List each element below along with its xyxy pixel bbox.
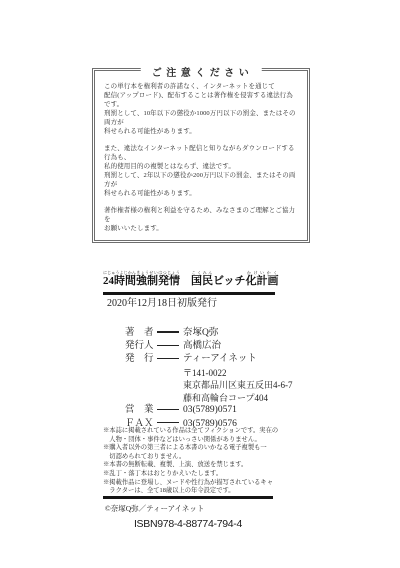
edition-line: 2020年12月18日初版発行 [107,298,275,310]
isbn-number: ISBN978-4-88774-794-4 [103,518,273,530]
address-line: 東京都品川区東五反田4-6-7 [183,379,293,392]
title-divider [103,292,275,295]
row-value: 03(5789)0571 [183,405,237,415]
caution-paragraph: この単行本を権利者の許諾なく、インターネットを通じて 配信(アップロード)、配布… [104,83,298,137]
colophon-page: ご注意ください この単行本を権利者の許諾なく、インターネットを通じて 配信(アッ… [0,0,400,568]
row-value: 高橋広治 [183,341,221,351]
row-label: 著 者 [125,327,155,340]
row-value: ティーアイネット [183,354,257,364]
row-label: 営 業 [125,404,155,417]
caution-paragraph: 著作権者様の権利と利益を守るため、みなさまのご理解とご協力を お願いいたします。 [104,207,298,234]
book-title: 24時間にじゅうよじかん強制きょうせい発情はつじょう 国民こくみんビッチ化計画か… [103,270,275,288]
address-line: 藤和高輪台コープ404 [183,392,293,405]
colophon-row-publisher: 発 行ティーアイネット [103,353,293,366]
note-item: ※本誌に掲載されている作品は全てフィクションです。実在の 人物・団体・事件などは… [103,427,285,444]
footer-divider [103,496,273,499]
notes-section: ※本誌に掲載されている作品は全てフィクションです。実在の 人物・団体・事件などは… [103,427,285,496]
leader-line [157,331,179,332]
leader-line [157,358,179,359]
footer-section: ©奈塚Q弥／ティーアイネット ISBN978-4-88774-794-4 [103,492,273,530]
row-value: 奈塚Q弥 [183,328,218,338]
colophon-row-sales: 営 業03(5789)0571 [103,404,293,417]
caution-box: ご注意ください この単行本を権利者の許諾なく、インターネットを通じて 配信(アッ… [92,68,310,243]
colophon-row-issuer: 発行人高橋広治 [103,340,293,353]
title-section: 24時間にじゅうよじかん強制きょうせい発情はつじょう 国民こくみんビッチ化計画か… [103,270,275,310]
note-item: ※乱丁・落丁本はおとりかえいたします。 [103,470,285,479]
note-item: ※本書の無断転載、複製、上演、放送を禁じます。 [103,461,285,470]
row-label: 発 行 [125,353,155,366]
colophon-row-author: 著 者奈塚Q弥 [103,327,293,340]
address-line: 〒141-0022 [183,367,293,380]
copyright-line: ©奈塚Q弥／ティーアイネット [105,504,273,513]
leader-line [157,409,179,410]
caution-paragraph: また、違法なインターネット配信と知りながらダウンロードする行為も、 私的使用目的… [104,145,298,199]
row-label: 発行人 [125,340,155,353]
caution-box-title: ご注意ください [141,64,262,79]
publisher-section: 著 者奈塚Q弥 発行人高橋広治 発 行ティーアイネット 〒141-0022 東京… [103,327,293,431]
note-item: ※購入者以外の第三者による本書のいかなる電子複製も一 切認められておりません。 [103,444,285,461]
leader-line [157,422,179,423]
leader-line [157,345,179,346]
